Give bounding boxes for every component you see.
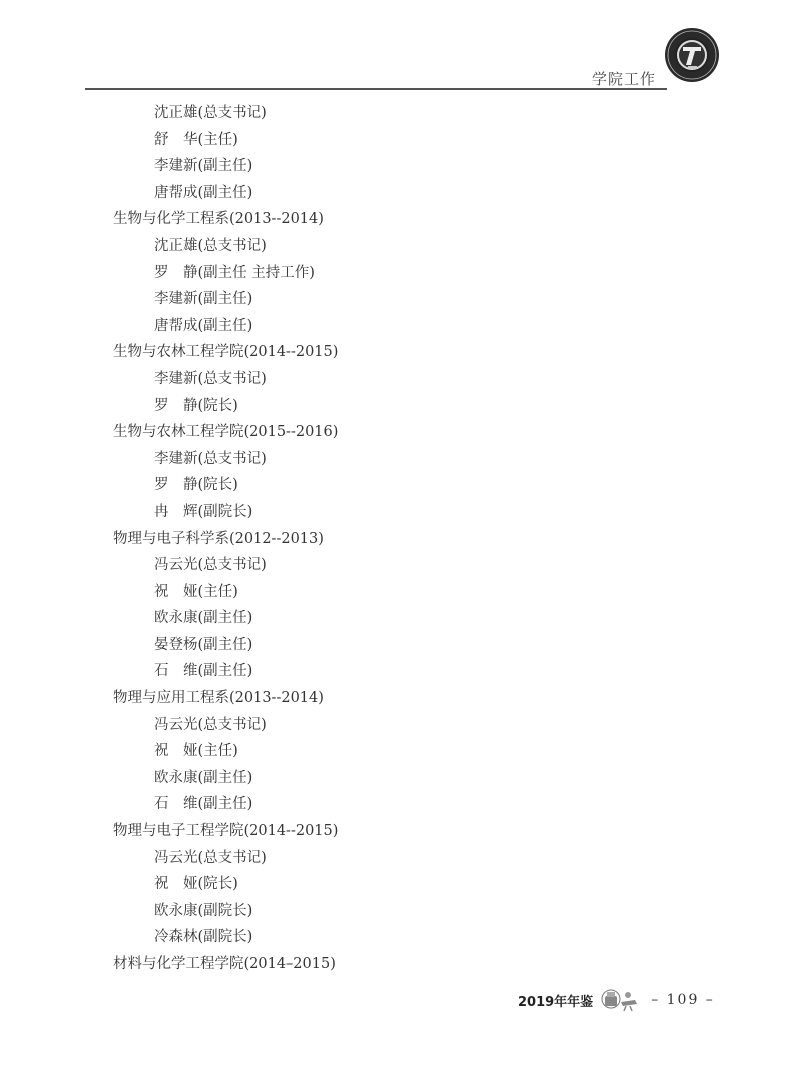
staff-entry: 冯云光(总支书记) bbox=[113, 845, 338, 872]
staff-entry: 石 维(副主任) bbox=[113, 791, 338, 818]
department-heading: 生物与化学工程系(2013--2014) bbox=[113, 206, 338, 233]
page-footer: 2019年年鉴 – 109 – bbox=[518, 988, 715, 1012]
staff-entry: 冯云光(总支书记) bbox=[113, 712, 338, 739]
staff-entry: 唐帮成(副主任) bbox=[113, 313, 338, 340]
staff-entry: 晏登杨(副主任) bbox=[113, 632, 338, 659]
department-heading: 生物与农林工程学院(2014--2015) bbox=[113, 339, 338, 366]
department-heading: 材料与化学工程学院(2014–2015) bbox=[113, 951, 338, 978]
staff-entry: 唐帮成(副主任) bbox=[113, 180, 338, 207]
staff-entry: 祝 娅(院长) bbox=[113, 871, 338, 898]
staff-entry: 舒 华(主任) bbox=[113, 127, 338, 154]
department-heading: 物理与电子科学系(2012--2013) bbox=[113, 526, 338, 553]
staff-entry: 石 维(副主任) bbox=[113, 658, 338, 685]
staff-entry: 罗 静(院长) bbox=[113, 393, 338, 420]
staff-entry: 沈正雄(总支书记) bbox=[113, 100, 338, 127]
staff-entry: 李建新(副主任) bbox=[113, 153, 338, 180]
department-heading: 物理与电子工程学院(2014--2015) bbox=[113, 818, 338, 845]
department-heading: 物理与应用工程系(2013--2014) bbox=[113, 685, 338, 712]
header-rule bbox=[85, 88, 667, 90]
university-seal-icon bbox=[664, 27, 720, 83]
staff-entry: 欧永康(副院长) bbox=[113, 898, 338, 925]
staff-entry: 冯云光(总支书记) bbox=[113, 552, 338, 579]
staff-entry: 欧永康(副主任) bbox=[113, 605, 338, 632]
staff-entry: 祝 娅(主任) bbox=[113, 738, 338, 765]
yearbook-label: 2019年年鉴 bbox=[518, 991, 593, 1010]
staff-entry: 沈正雄(总支书记) bbox=[113, 233, 338, 260]
staff-entry: 冉 辉(副院长) bbox=[113, 499, 338, 526]
staff-entry: 李建新(副主任) bbox=[113, 286, 338, 313]
staff-entry: 祝 娅(主任) bbox=[113, 579, 338, 606]
staff-entry: 欧永康(副主任) bbox=[113, 765, 338, 792]
staff-entry: 罗 静(院长) bbox=[113, 472, 338, 499]
document-body: 沈正雄(总支书记)舒 华(主任)李建新(副主任)唐帮成(副主任)生物与化学工程系… bbox=[113, 100, 338, 978]
mascot-icon bbox=[601, 988, 641, 1012]
staff-entry: 李建新(总支书记) bbox=[113, 366, 338, 393]
page-number: – 109 – bbox=[651, 992, 715, 1008]
department-heading: 生物与农林工程学院(2015--2016) bbox=[113, 419, 338, 446]
staff-entry: 李建新(总支书记) bbox=[113, 446, 338, 473]
header-section-title: 学院工作 bbox=[592, 68, 656, 89]
staff-entry: 冷森林(副院长) bbox=[113, 924, 338, 951]
staff-entry: 罗 静(副主任 主持工作) bbox=[113, 260, 338, 287]
